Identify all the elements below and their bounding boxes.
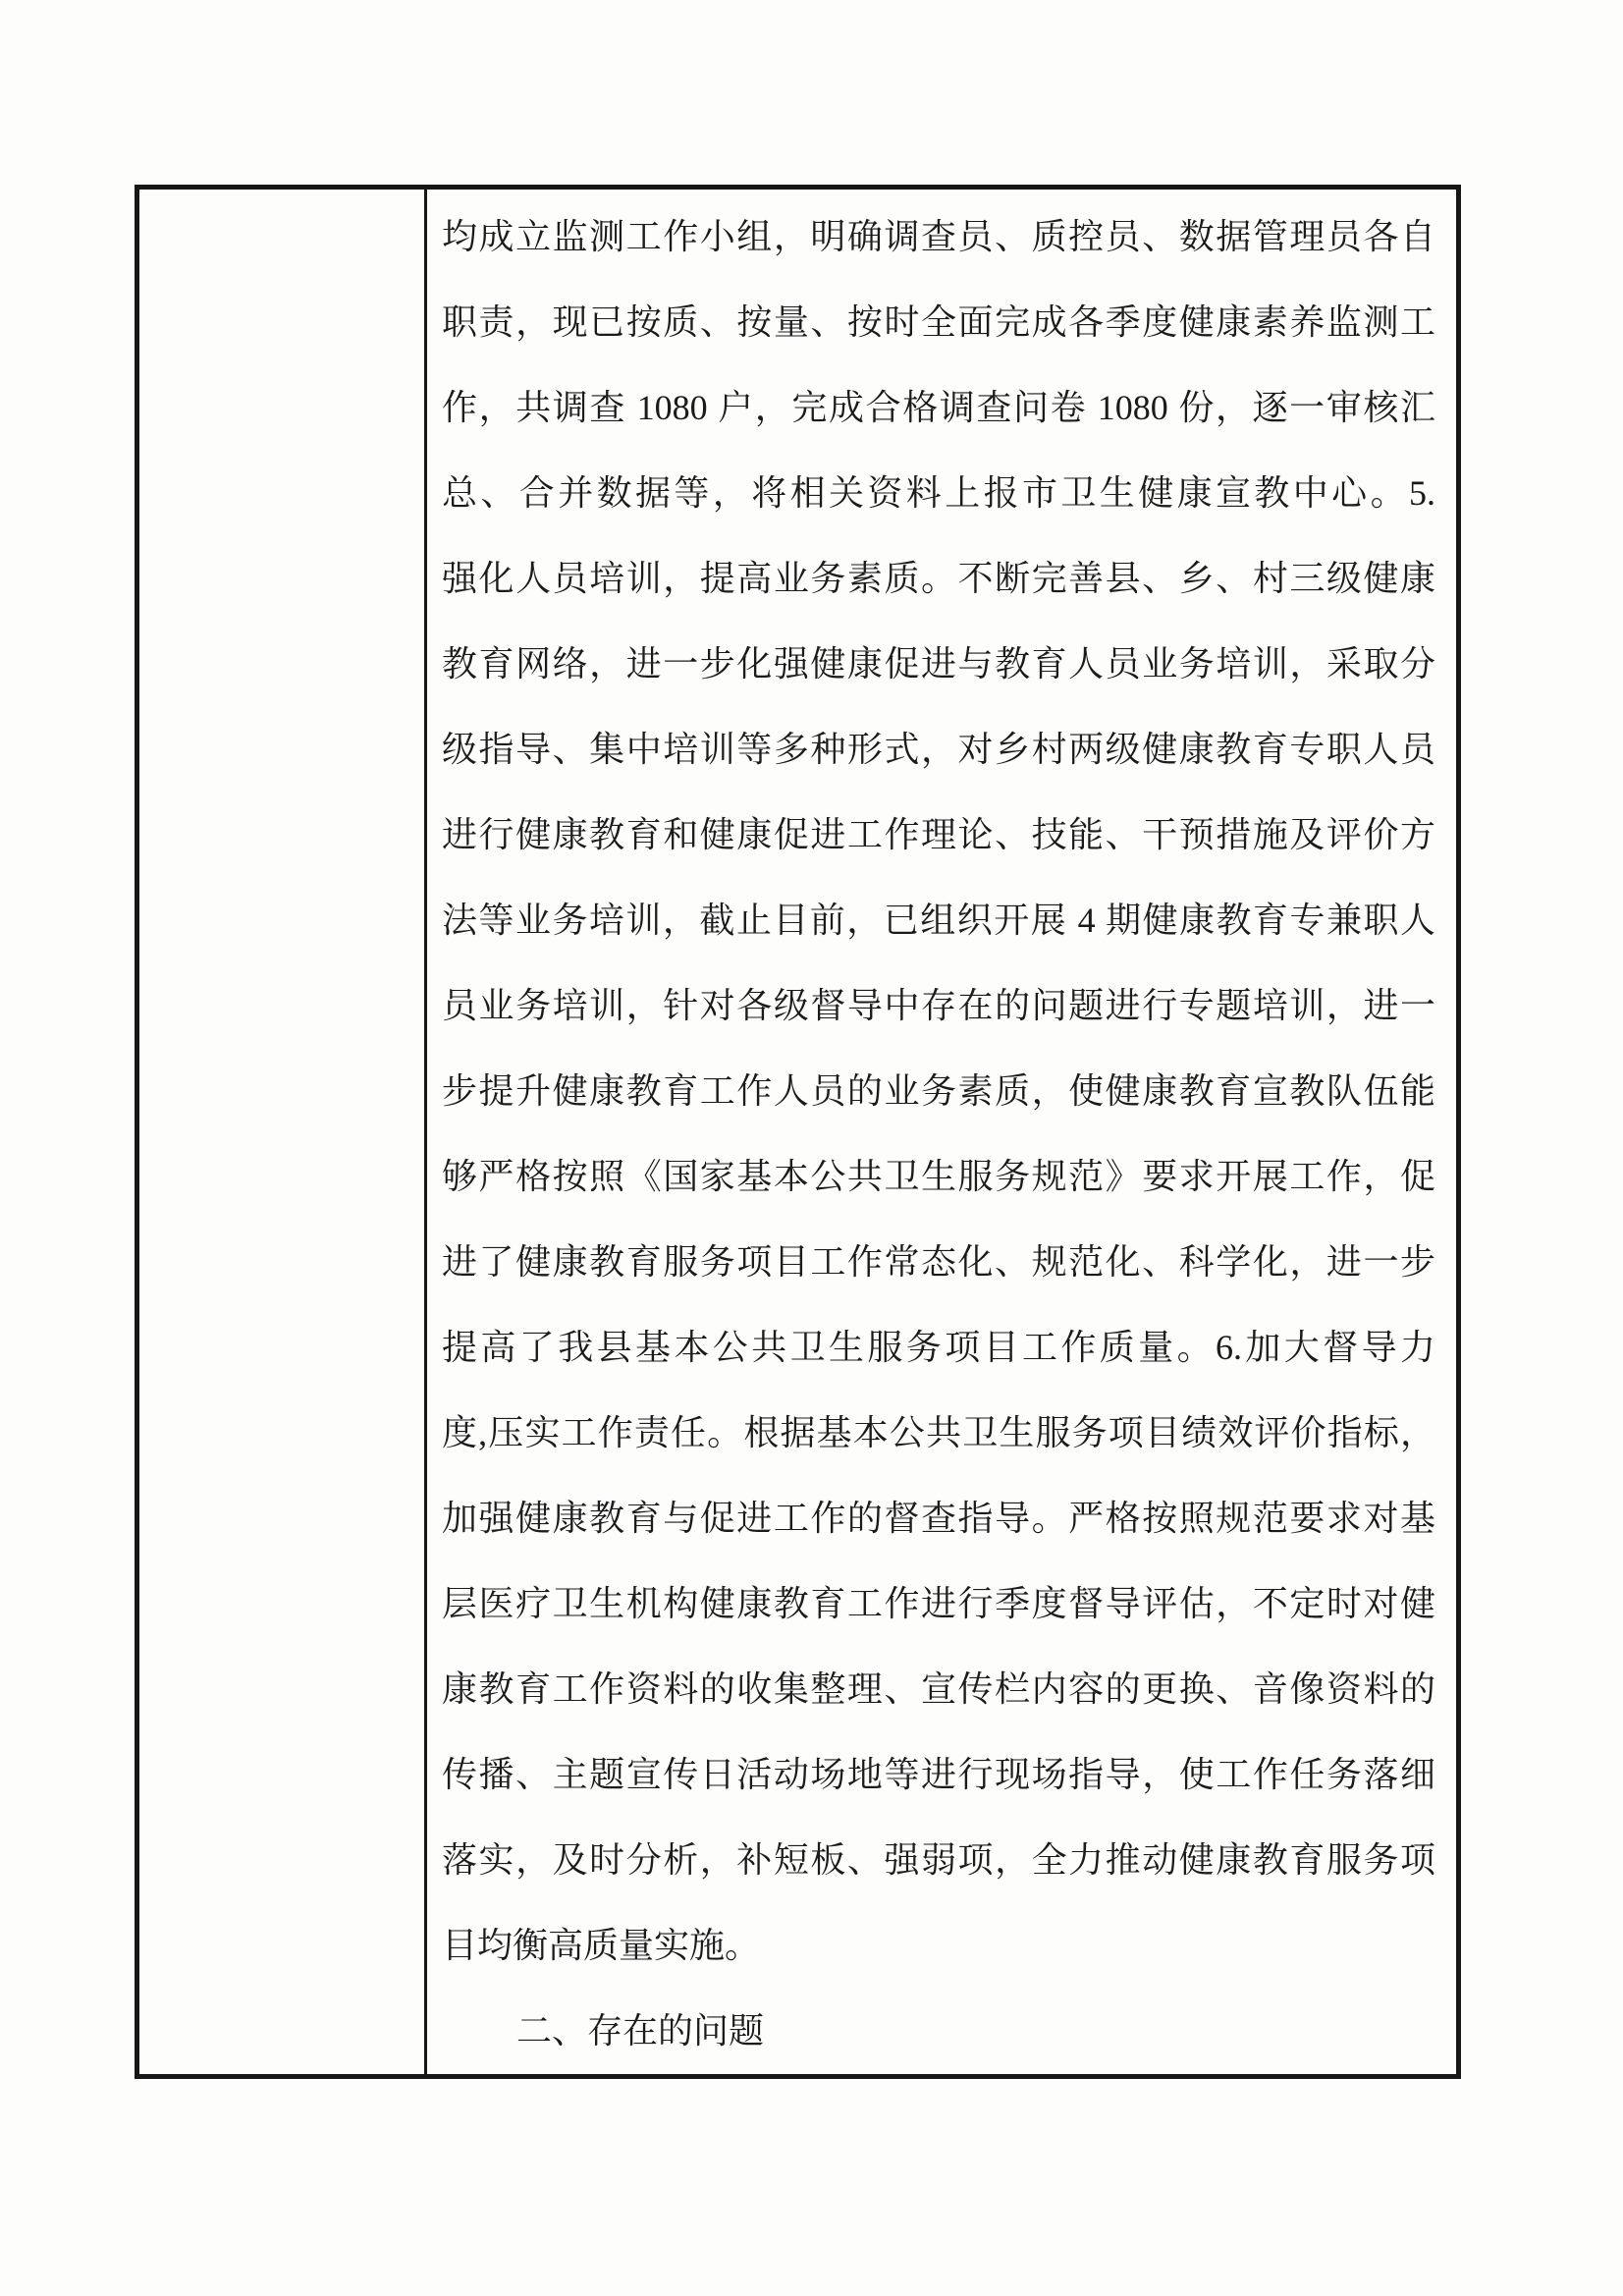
- text-line: 进了健康教育服务项目工作常态化、规范化、科学化，进一步: [442, 1220, 1435, 1305]
- text-line: 步提升健康教育工作人员的业务素质，使健康教育宣教队伍能: [442, 1049, 1435, 1134]
- text-line: 强化人员培训，提高业务素质。不断完善县、乡、村三级健康: [442, 536, 1435, 622]
- text-line: 作，共调查 1080 户，完成合格调查问卷 1080 份，逐一审核汇: [442, 365, 1435, 451]
- text-line: 总、合并数据等，将相关资料上报市卫生健康宣教中心。5.: [442, 451, 1435, 536]
- text-line: 法等业务培训，截止目前，已组织开展 4 期健康教育专兼职人: [442, 878, 1435, 963]
- scanned-document-page: 均成立监测工作小组，明确调查员、质控员、数据管理员各自 职责，现已按质、按量、按…: [0, 0, 1623, 2296]
- text-line: 进行健康教育和健康促进工作理论、技能、干预措施及评价方: [442, 793, 1435, 878]
- text-line: 职责，现已按质、按量、按时全面完成各季度健康素养监测工: [442, 280, 1435, 365]
- section-heading: 二、存在的问题: [442, 1989, 1435, 2074]
- text-line: 员业务培训，针对各级督导中存在的问题进行专题培训，进一: [442, 963, 1435, 1049]
- text-line: 落实，及时分析，补短板、强弱项，全力推动健康教育服务项: [442, 1818, 1435, 1903]
- table-left-cell: [139, 190, 427, 2074]
- text-line: 够严格按照《国家基本公共卫生服务规范》要求开展工作，促: [442, 1134, 1435, 1220]
- text-line: 均成立监测工作小组，明确调查员、质控员、数据管理员各自: [442, 194, 1435, 280]
- text-line: 级指导、集中培训等多种形式，对乡村两级健康教育专职人员: [442, 707, 1435, 793]
- text-line: 传播、主题宣传日活动场地等进行现场指导，使工作任务落细: [442, 1732, 1435, 1818]
- table-content-cell: 均成立监测工作小组，明确调查员、质控员、数据管理员各自 职责，现已按质、按量、按…: [427, 190, 1456, 2074]
- text-line: 加强健康教育与促进工作的督查指导。严格按照规范要求对基: [442, 1476, 1435, 1561]
- text-line: 层医疗卫生机构健康教育工作进行季度督导评估，不定时对健: [442, 1561, 1435, 1647]
- document-table: 均成立监测工作小组，明确调查员、质控员、数据管理员各自 职责，现已按质、按量、按…: [135, 185, 1461, 2079]
- text-line: 提高了我县基本公共卫生服务项目工作质量。6.加大督导力: [442, 1305, 1435, 1391]
- text-line: 康教育工作资料的收集整理、宣传栏内容的更换、音像资料的: [442, 1647, 1435, 1732]
- paragraph-last-line: 目均衡高质量实施。: [442, 1903, 1435, 1989]
- text-line: 度,压实工作责任。根据基本公共卫生服务项目绩效评价指标，: [442, 1391, 1435, 1476]
- text-line: 教育网络，进一步化强健康促进与教育人员业务培训，采取分: [442, 622, 1435, 707]
